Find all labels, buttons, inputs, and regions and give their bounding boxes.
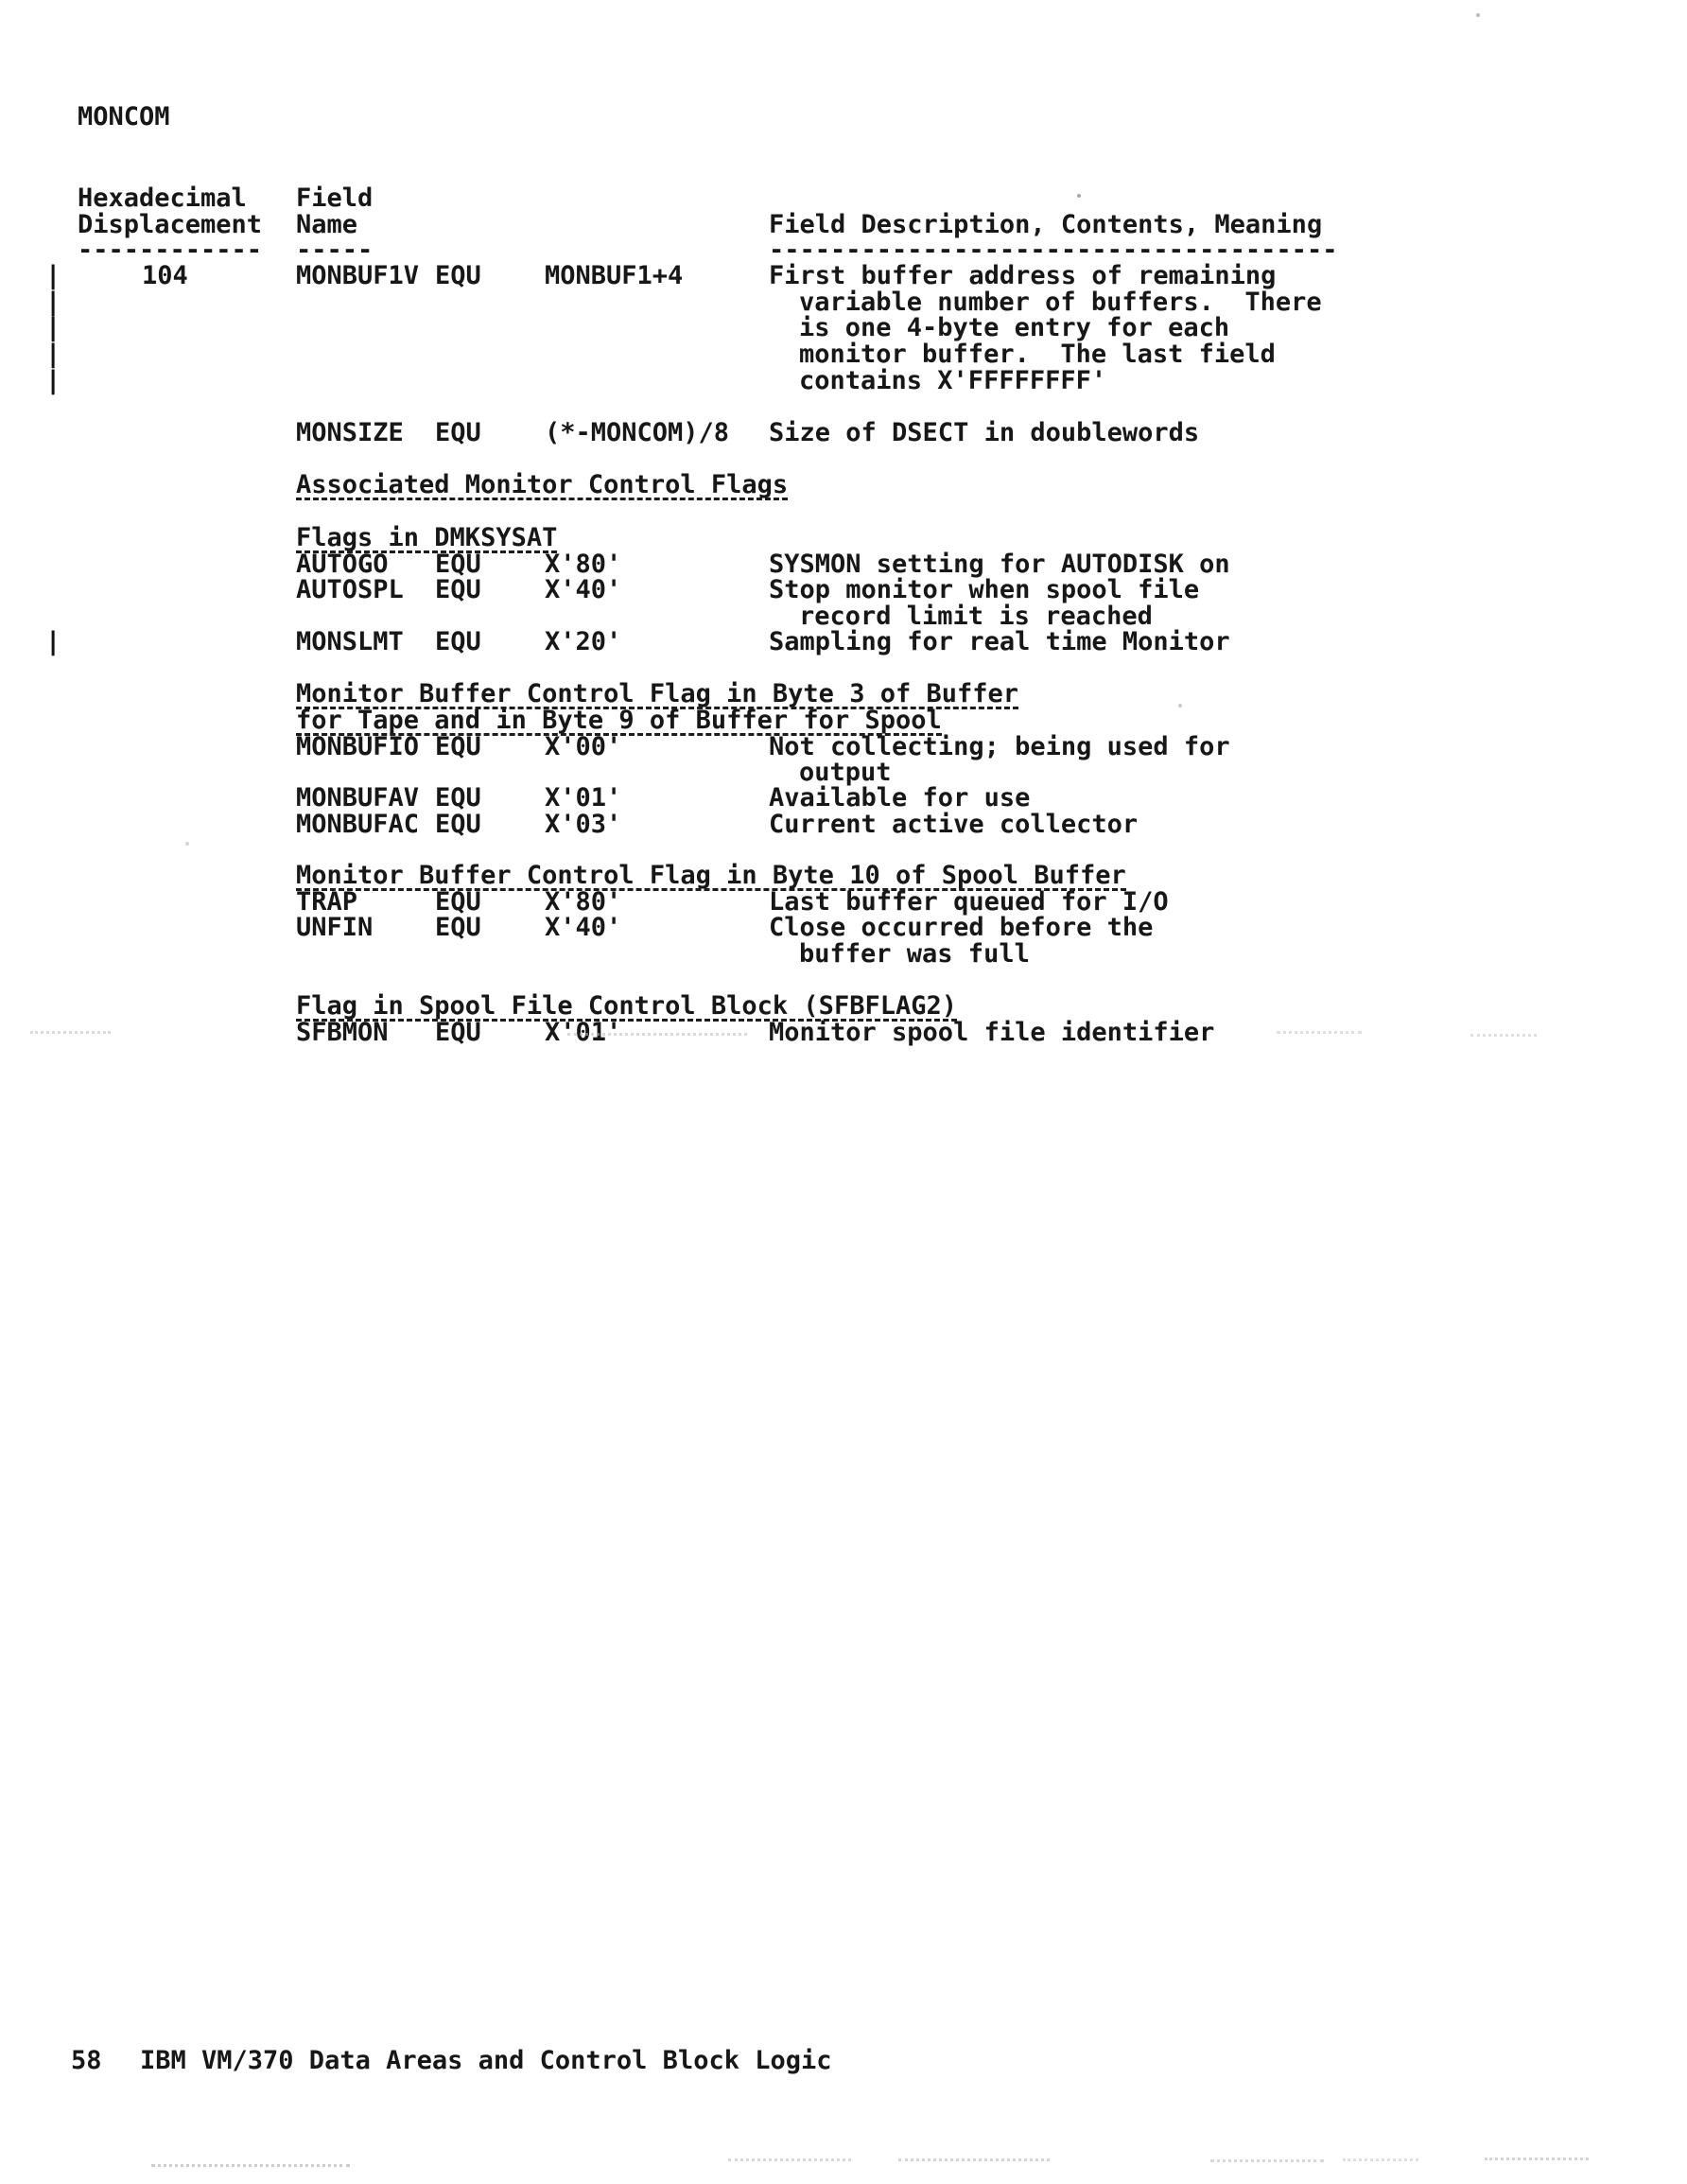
row-operand: (*-MONCOM)/8 — [545, 420, 729, 446]
row-description: output — [799, 760, 892, 785]
change-bar: | — [45, 289, 61, 315]
change-bar: | — [45, 315, 61, 341]
row-field-name: MONBUF1V — [296, 263, 419, 288]
row-description: Sampling for real time Monitor — [769, 629, 1230, 655]
column-header-description: Field Description, Contents, Meaning — [769, 212, 1322, 237]
scan-noise — [728, 2158, 851, 2161]
scanned-manual-page: MONCOM Hexadecimal Displacement --------… — [0, 0, 1687, 2184]
row-operand: X'40' — [545, 577, 621, 603]
change-bar: | — [45, 629, 61, 655]
row-operand: X'80' — [545, 551, 621, 577]
change-bar: | — [45, 368, 61, 393]
scan-noise — [1210, 2159, 1324, 2162]
row-opcode: EQU — [435, 263, 481, 288]
row-opcode: EQU — [435, 629, 481, 655]
row-opcode: EQU — [435, 420, 481, 446]
row-description: Not collecting; being used for — [769, 734, 1230, 760]
change-bar: | — [45, 341, 61, 367]
column-header-name-line1: Field — [296, 185, 373, 211]
scan-noise — [151, 2164, 350, 2167]
row-description: record limit is reached — [799, 603, 1153, 629]
row-opcode: EQU — [435, 785, 481, 811]
column-header-displacement-line1: Hexadecimal — [78, 185, 247, 211]
row-field-name: AUTOGO — [296, 551, 389, 577]
column-rule-displacement: ------------ — [78, 237, 262, 263]
row-description: Close occurred before the — [769, 915, 1153, 940]
row-description: Size of DSECT in doublewords — [769, 420, 1199, 446]
flags-group-title: Associated Monitor Control Flags — [296, 472, 788, 500]
row-field-name: SFBMON — [296, 1020, 389, 1045]
row-operand: X'00' — [545, 734, 621, 760]
scan-speck — [1077, 194, 1081, 198]
row-opcode: EQU — [435, 577, 481, 603]
footer-book-title: IBM VM/370 Data Areas and Control Block … — [140, 2048, 832, 2073]
scan-noise — [898, 2158, 1050, 2161]
scan-speck — [185, 842, 189, 846]
row-field-name: AUTOSPL — [296, 577, 404, 603]
column-rule-description: ------------------------------------- — [769, 237, 1337, 263]
row-opcode: EQU — [435, 734, 481, 760]
row-field-name: MONSIZE — [296, 420, 404, 446]
scan-noise — [1470, 1034, 1537, 1037]
row-description: contains X'FFFFFFFF' — [799, 368, 1106, 393]
scan-noise — [30, 1031, 111, 1034]
row-description: Available for use — [769, 785, 1030, 811]
row-displacement: 104 — [142, 263, 188, 288]
row-operand: X'80' — [545, 889, 621, 915]
row-opcode: EQU — [435, 1020, 481, 1045]
scan-noise — [1277, 1031, 1362, 1034]
row-opcode: EQU — [435, 812, 481, 837]
scan-speck — [1178, 704, 1182, 708]
scan-speck — [1476, 13, 1480, 17]
row-field-name: MONBUFAV — [296, 785, 419, 811]
column-header-displacement-line2: Displacement — [78, 212, 262, 237]
row-description: Stop monitor when spool file — [769, 577, 1199, 603]
row-description: SYSMON setting for AUTODISK on — [769, 551, 1230, 577]
row-operand: X'03' — [545, 812, 621, 837]
scan-noise — [567, 1033, 747, 1036]
change-bar: | — [45, 263, 61, 288]
row-operand: X'20' — [545, 629, 621, 655]
row-field-name: MONSLMT — [296, 629, 404, 655]
row-field-name: TRAP — [296, 889, 357, 915]
row-description: Last buffer queued for I/O — [769, 889, 1169, 915]
row-field-name: MONBUFAC — [296, 812, 419, 837]
footer-page-number: 58 — [71, 2048, 102, 2073]
row-opcode: EQU — [435, 915, 481, 940]
column-rule-name: ----- — [296, 237, 373, 263]
row-description: variable number of buffers. There — [799, 289, 1322, 315]
row-description: monitor buffer. The last field — [799, 341, 1276, 367]
column-header-name-line2: Name — [296, 212, 357, 237]
row-description: buffer was full — [799, 941, 1030, 967]
row-field-name: MONBUFIO — [296, 734, 419, 760]
row-description: Monitor spool file identifier — [769, 1020, 1214, 1045]
doc-label: MONCOM — [78, 104, 170, 130]
row-description: is one 4-byte entry for each — [799, 315, 1229, 341]
row-opcode: EQU — [435, 889, 481, 915]
scan-noise — [1343, 2158, 1418, 2161]
row-operand: X'40' — [545, 915, 621, 940]
scan-noise — [1485, 2158, 1589, 2160]
row-opcode: EQU — [435, 551, 481, 577]
row-description: Current active collector — [769, 812, 1138, 837]
row-operand: X'01' — [545, 785, 621, 811]
row-field-name: UNFIN — [296, 915, 373, 940]
row-description: First buffer address of remaining — [769, 263, 1276, 288]
row-operand: MONBUF1+4 — [545, 263, 683, 288]
